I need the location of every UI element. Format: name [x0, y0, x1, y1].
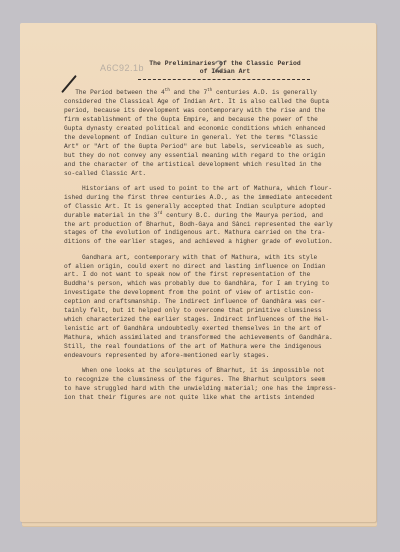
text-line: the development of Indian culture in gen… [64, 134, 386, 143]
text-line: ion that their figures are not quite lik… [64, 394, 386, 403]
paragraph-2: Historians of art used to point to the a… [64, 185, 386, 248]
text-line: Gandhara art, contemporary with that of … [64, 254, 386, 263]
paragraph-3: Gandhara art, contemporary with that of … [64, 254, 386, 361]
text-line: lenistic art of Gandhâra undoubtedly exe… [64, 325, 386, 334]
text-line: to recognize the clumsiness of the figur… [64, 376, 386, 385]
text-line: which characterized the earlier stages. … [64, 316, 386, 325]
text-line: The Period between the 4th and the 7th c… [64, 89, 386, 98]
text-line: the art production of Bharhut, Bodh-Gaya… [64, 221, 386, 230]
text-line: Gupta dynasty created political and econ… [64, 125, 386, 134]
text-line: Still, the real foundations of the art o… [64, 343, 386, 352]
text-line: durable material in the 3rd century B.C.… [64, 212, 386, 221]
text-line: ception and craftsmanship. The indirect … [64, 298, 386, 307]
text-line: tainly felt, but it helped only to overc… [64, 307, 386, 316]
text-line: of Classic Art. It is generally accepted… [64, 203, 386, 212]
document-title: The Preliminaries of the Classic Period … [110, 60, 340, 76]
text-line: Mathura, which assimilated and transform… [64, 334, 386, 343]
text-line: ished during the first three centuries A… [64, 194, 386, 203]
paragraph-1: The Period between the 4th and the 7th c… [64, 89, 386, 179]
text-line: art. I do not want to speak now of the f… [64, 271, 386, 280]
text-line: investigate the development from the poi… [64, 289, 386, 298]
text-line: Buddha's person, which was probably due … [64, 280, 386, 289]
text-line: endeavours represented by afore-mentione… [64, 352, 386, 361]
title-line-2: of Indian Art [110, 68, 340, 76]
title-underline [138, 79, 310, 80]
title-line-1: The Preliminaries of the Classic Period [110, 60, 340, 68]
document-body: The Period between the 4th and the 7th c… [64, 89, 386, 409]
text-line: so-called Classic Art. [64, 170, 386, 179]
text-line: ditions of the earlier stages, and achie… [64, 238, 386, 247]
text-line: Art" or "Art of the Gupta Period" are bu… [64, 143, 386, 152]
text-line: but they do not convey any essential mea… [64, 152, 386, 161]
paragraph-4: When one looks at the sculptures of Bhar… [64, 367, 386, 403]
text-line: of alien origin, could exert no direct a… [64, 263, 386, 272]
text-line: period, because its development was cont… [64, 107, 386, 116]
text-line: firm establishment of the Gupta Empire, … [64, 116, 386, 125]
text-line: stages of the evolution of indigenous ar… [64, 229, 386, 238]
text-line: considered the Classical Age of Indian A… [64, 98, 386, 107]
text-line: and the character of the artistical deve… [64, 161, 386, 170]
text-line: to have struggled hard with the unwieldi… [64, 385, 386, 394]
text-line: When one looks at the sculptures of Bhar… [64, 367, 386, 376]
text-line: Historians of art used to point to the a… [64, 185, 386, 194]
